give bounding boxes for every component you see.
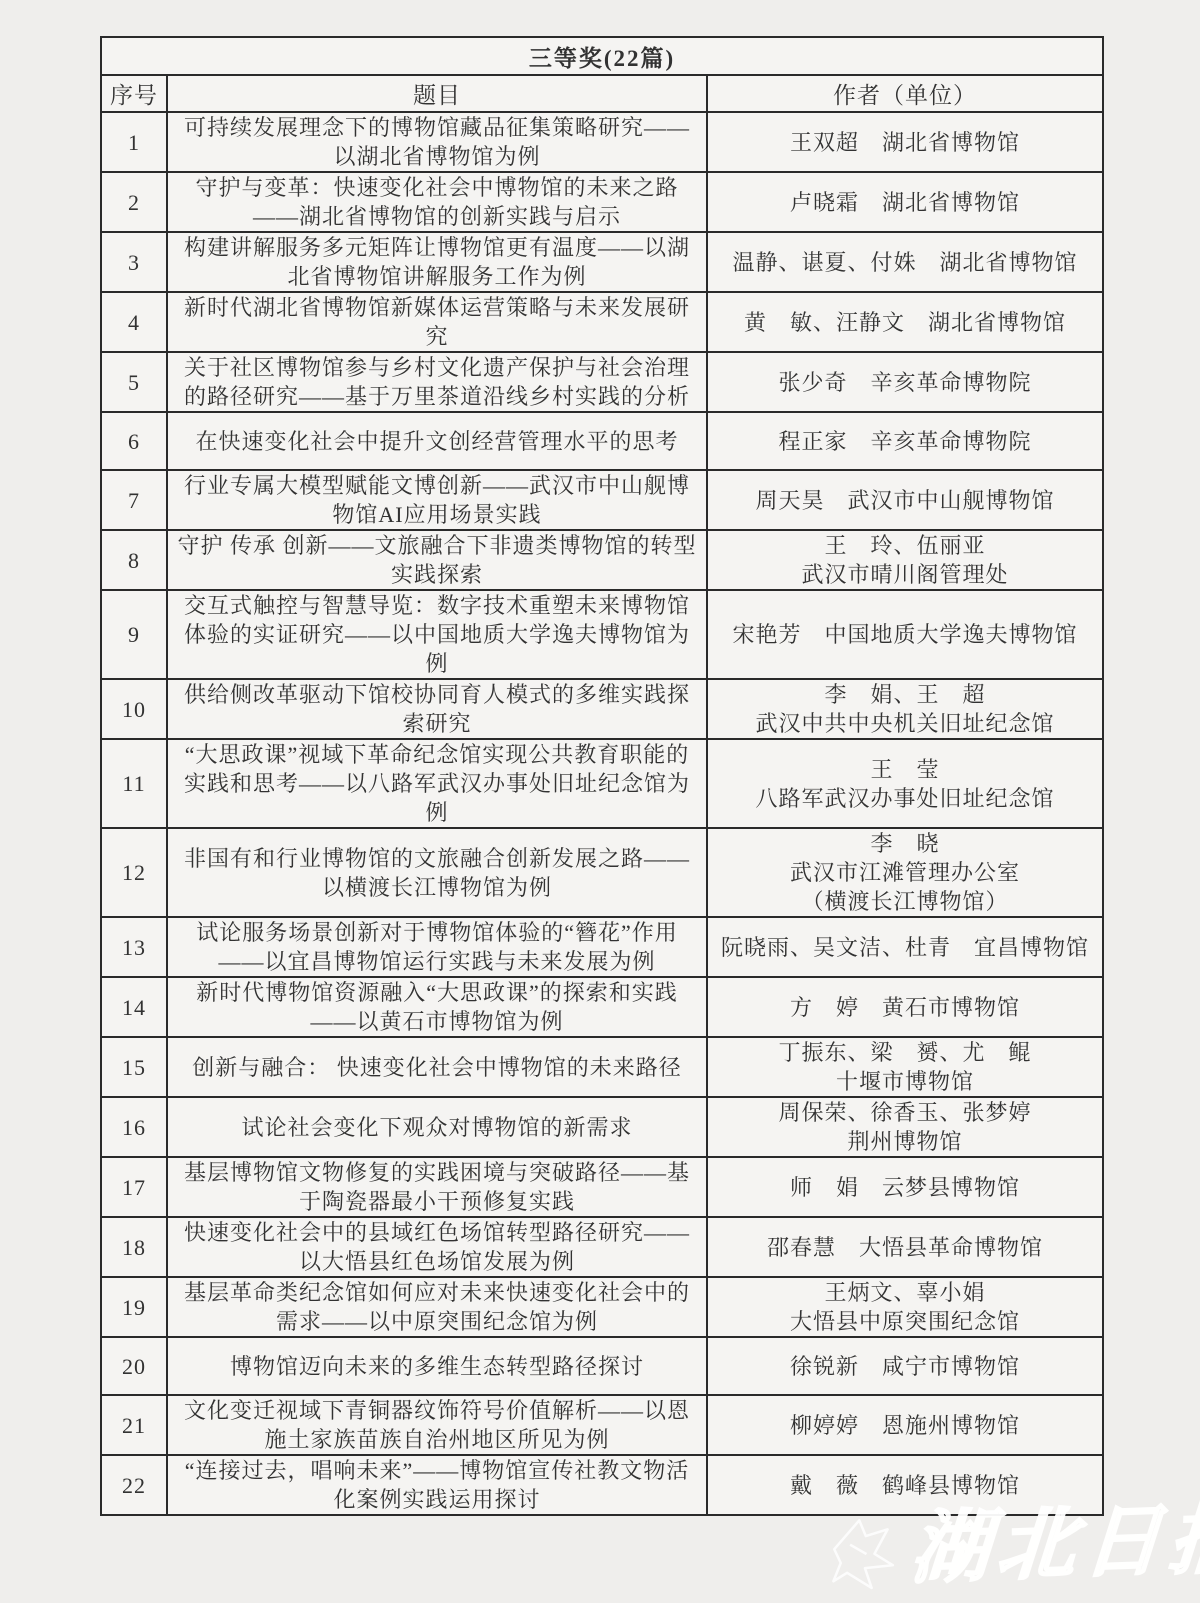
- row-index-cell: 7: [101, 470, 167, 530]
- row-index-cell: 1: [101, 112, 167, 172]
- table-row: 5关于社区博物馆参与乡村文化遗产保护与社会治理的路径研究——基于万里茶道沿线乡村…: [101, 352, 1103, 412]
- table-row: 18快速变化社会中的县域红色场馆转型路径研究——以大悟县红色场馆发展为例邵春慧 …: [101, 1217, 1103, 1277]
- row-author-cell: 阮晓雨、吴文洁、杜青 宜昌博物馆: [707, 917, 1103, 977]
- table-row: 8守护 传承 创新——文旅融合下非遗类博物馆的转型实践探索王 玲、伍丽亚 武汉市…: [101, 530, 1103, 590]
- row-index-cell: 15: [101, 1037, 167, 1097]
- row-author-cell: 李 晓 武汉市江滩管理办公室 （横渡长江博物馆）: [707, 828, 1103, 917]
- table-row: 1可持续发展理念下的博物馆藏品征集策略研究——以湖北省博物馆为例王双超 湖北省博…: [101, 112, 1103, 172]
- row-index-cell: 17: [101, 1157, 167, 1217]
- row-title-cell: 行业专属大模型赋能文博创新——武汉市中山舰博物馆AI应用场景实践: [167, 470, 707, 530]
- row-index-cell: 14: [101, 977, 167, 1037]
- row-index-cell: 6: [101, 412, 167, 470]
- row-author-cell: 张少奇 辛亥革命博物院: [707, 352, 1103, 412]
- table-row: 11“大思政课”视域下革命纪念馆实现公共教育职能的实践和思考——以八路军武汉办事…: [101, 739, 1103, 828]
- table-body: 1可持续发展理念下的博物馆藏品征集策略研究——以湖北省博物馆为例王双超 湖北省博…: [101, 112, 1103, 1515]
- row-author-cell: 李 娟、王 超 武汉中共中央机关旧址纪念馆: [707, 679, 1103, 739]
- document-page: { "table": { "title": "三等奖(22篇)", "heade…: [0, 0, 1200, 1603]
- row-author-cell: 徐锐新 咸宁市博物馆: [707, 1337, 1103, 1395]
- row-title-cell: “连接过去，唱响未来”——博物馆宣传社教文物活化案例实践运用探讨: [167, 1455, 707, 1515]
- row-author-cell: 周天昊 武汉市中山舰博物馆: [707, 470, 1103, 530]
- row-author-cell: 邵春慧 大悟县革命博物馆: [707, 1217, 1103, 1277]
- row-title-cell: “大思政课”视域下革命纪念馆实现公共教育职能的实践和思考——以八路军武汉办事处旧…: [167, 739, 707, 828]
- row-title-cell: 非国有和行业博物馆的文旅融合创新发展之路——以横渡长江博物馆为例: [167, 828, 707, 917]
- table-row: 3构建讲解服务多元矩阵让博物馆更有温度——以湖北省博物馆讲解服务工作为例温静、谌…: [101, 232, 1103, 292]
- row-title-cell: 关于社区博物馆参与乡村文化遗产保护与社会治理的路径研究——基于万里茶道沿线乡村实…: [167, 352, 707, 412]
- row-author-cell: 温静、谌夏、付姝 湖北省博物馆: [707, 232, 1103, 292]
- table-row: 6在快速变化社会中提升文创经营管理水平的思考程正家 辛亥革命博物院: [101, 412, 1103, 470]
- table-row: 7行业专属大模型赋能文博创新——武汉市中山舰博物馆AI应用场景实践周天昊 武汉市…: [101, 470, 1103, 530]
- row-author-cell: 师 娟 云梦县博物馆: [707, 1157, 1103, 1217]
- table-row: 4新时代湖北省博物馆新媒体运营策略与未来发展研究黄 敏、汪静文 湖北省博物馆: [101, 292, 1103, 352]
- row-index-cell: 10: [101, 679, 167, 739]
- table-title: 三等奖(22篇): [101, 37, 1103, 75]
- row-author-cell: 卢晓霜 湖北省博物馆: [707, 172, 1103, 232]
- table-title-row: 三等奖(22篇): [101, 37, 1103, 75]
- table-row: 17基层博物馆文物修复的实践困境与突破路径——基于陶瓷器最小干预修复实践师 娟 …: [101, 1157, 1103, 1217]
- col-header-author: 作者（单位）: [707, 75, 1103, 112]
- row-author-cell: 柳婷婷 恩施州博物馆: [707, 1395, 1103, 1455]
- table-row: 13试论服务场景创新对于博物馆体验的“簪花”作用——以宜昌博物馆运行实践与未来发…: [101, 917, 1103, 977]
- row-title-cell: 守护与变革：快速变化社会中博物馆的未来之路——湖北省博物馆的创新实践与启示: [167, 172, 707, 232]
- row-index-cell: 18: [101, 1217, 167, 1277]
- hubei-daily-logo-icon: [825, 1513, 900, 1595]
- row-index-cell: 20: [101, 1337, 167, 1395]
- table-row: 12非国有和行业博物馆的文旅融合创新发展之路——以横渡长江博物馆为例李 晓 武汉…: [101, 828, 1103, 917]
- awards-table: 三等奖(22篇) 序号 题目 作者（单位） 1可持续发展理念下的博物馆藏品征集策…: [100, 36, 1104, 1516]
- row-title-cell: 构建讲解服务多元矩阵让博物馆更有温度——以湖北省博物馆讲解服务工作为例: [167, 232, 707, 292]
- table-row: 20博物馆迈向未来的多维生态转型路径探讨徐锐新 咸宁市博物馆: [101, 1337, 1103, 1395]
- col-header-index: 序号: [101, 75, 167, 112]
- row-author-cell: 王 莹 八路军武汉办事处旧址纪念馆: [707, 739, 1103, 828]
- row-index-cell: 8: [101, 530, 167, 590]
- row-author-cell: 程正家 辛亥革命博物院: [707, 412, 1103, 470]
- row-title-cell: 交互式触控与智慧导览：数字技术重塑未来博物馆体验的实证研究——以中国地质大学逸夫…: [167, 590, 707, 679]
- row-title-cell: 守护 传承 创新——文旅融合下非遗类博物馆的转型实践探索: [167, 530, 707, 590]
- table-row: 16试论社会变化下观众对博物馆的新需求周保荣、徐香玉、张梦婷 荆州博物馆: [101, 1097, 1103, 1157]
- row-index-cell: 13: [101, 917, 167, 977]
- row-author-cell: 王炳文、辜小娟 大悟县中原突围纪念馆: [707, 1277, 1103, 1337]
- row-title-cell: 可持续发展理念下的博物馆藏品征集策略研究——以湖北省博物馆为例: [167, 112, 707, 172]
- row-title-cell: 试论服务场景创新对于博物馆体验的“簪花”作用——以宜昌博物馆运行实践与未来发展为…: [167, 917, 707, 977]
- col-header-title: 题目: [167, 75, 707, 112]
- row-author-cell: 宋艳芳 中国地质大学逸夫博物馆: [707, 590, 1103, 679]
- row-author-cell: 周保荣、徐香玉、张梦婷 荆州博物馆: [707, 1097, 1103, 1157]
- row-index-cell: 12: [101, 828, 167, 917]
- row-title-cell: 试论社会变化下观众对博物馆的新需求: [167, 1097, 707, 1157]
- row-index-cell: 21: [101, 1395, 167, 1455]
- row-title-cell: 基层博物馆文物修复的实践困境与突破路径——基于陶瓷器最小干预修复实践: [167, 1157, 707, 1217]
- row-author-cell: 黄 敏、汪静文 湖北省博物馆: [707, 292, 1103, 352]
- table-row: 2守护与变革：快速变化社会中博物馆的未来之路——湖北省博物馆的创新实践与启示卢晓…: [101, 172, 1103, 232]
- row-title-cell: 新时代湖北省博物馆新媒体运营策略与未来发展研究: [167, 292, 707, 352]
- table-header-row: 序号 题目 作者（单位）: [101, 75, 1103, 112]
- row-title-cell: 文化变迁视域下青铜器纹饰符号价值解析——以恩施土家族苗族自治州地区所见为例: [167, 1395, 707, 1455]
- row-title-cell: 快速变化社会中的县域红色场馆转型路径研究——以大悟县红色场馆发展为例: [167, 1217, 707, 1277]
- row-title-cell: 新时代博物馆资源融入“大思政课”的探索和实践——以黄石市博物馆为例: [167, 977, 707, 1037]
- row-title-cell: 创新与融合： 快速变化社会中博物馆的未来路径: [167, 1037, 707, 1097]
- row-title-cell: 博物馆迈向未来的多维生态转型路径探讨: [167, 1337, 707, 1395]
- row-author-cell: 戴 薇 鹤峰县博物馆: [707, 1455, 1103, 1515]
- row-index-cell: 11: [101, 739, 167, 828]
- row-title-cell: 供给侧改革驱动下馆校协同育人模式的多维实践探索研究: [167, 679, 707, 739]
- table-row: 22“连接过去，唱响未来”——博物馆宣传社教文物活化案例实践运用探讨戴 薇 鹤峰…: [101, 1455, 1103, 1515]
- row-index-cell: 4: [101, 292, 167, 352]
- row-index-cell: 16: [101, 1097, 167, 1157]
- table-row: 14新时代博物馆资源融入“大思政课”的探索和实践——以黄石市博物馆为例方 婷 黄…: [101, 977, 1103, 1037]
- row-author-cell: 方 婷 黄石市博物馆: [707, 977, 1103, 1037]
- row-index-cell: 3: [101, 232, 167, 292]
- row-index-cell: 2: [101, 172, 167, 232]
- row-index-cell: 19: [101, 1277, 167, 1337]
- table-row: 9交互式触控与智慧导览：数字技术重塑未来博物馆体验的实证研究——以中国地质大学逸…: [101, 590, 1103, 679]
- row-author-cell: 王双超 湖北省博物馆: [707, 112, 1103, 172]
- table-row: 19基层革命类纪念馆如何应对未来快速变化社会中的需求——以中原突围纪念馆为例王炳…: [101, 1277, 1103, 1337]
- table-row: 10供给侧改革驱动下馆校协同育人模式的多维实践探索研究李 娟、王 超 武汉中共中…: [101, 679, 1103, 739]
- row-title-cell: 基层革命类纪念馆如何应对未来快速变化社会中的需求——以中原突围纪念馆为例: [167, 1277, 707, 1337]
- table-row: 21文化变迁视域下青铜器纹饰符号价值解析——以恩施土家族苗族自治州地区所见为例柳…: [101, 1395, 1103, 1455]
- row-author-cell: 丁振东、梁 赟、尤 鲲 十堰市博物馆: [707, 1037, 1103, 1097]
- row-index-cell: 9: [101, 590, 167, 679]
- row-title-cell: 在快速变化社会中提升文创经营管理水平的思考: [167, 412, 707, 470]
- table-row: 15创新与融合： 快速变化社会中博物馆的未来路径丁振东、梁 赟、尤 鲲 十堰市博…: [101, 1037, 1103, 1097]
- row-index-cell: 5: [101, 352, 167, 412]
- row-index-cell: 22: [101, 1455, 167, 1515]
- row-author-cell: 王 玲、伍丽亚 武汉市晴川阁管理处: [707, 530, 1103, 590]
